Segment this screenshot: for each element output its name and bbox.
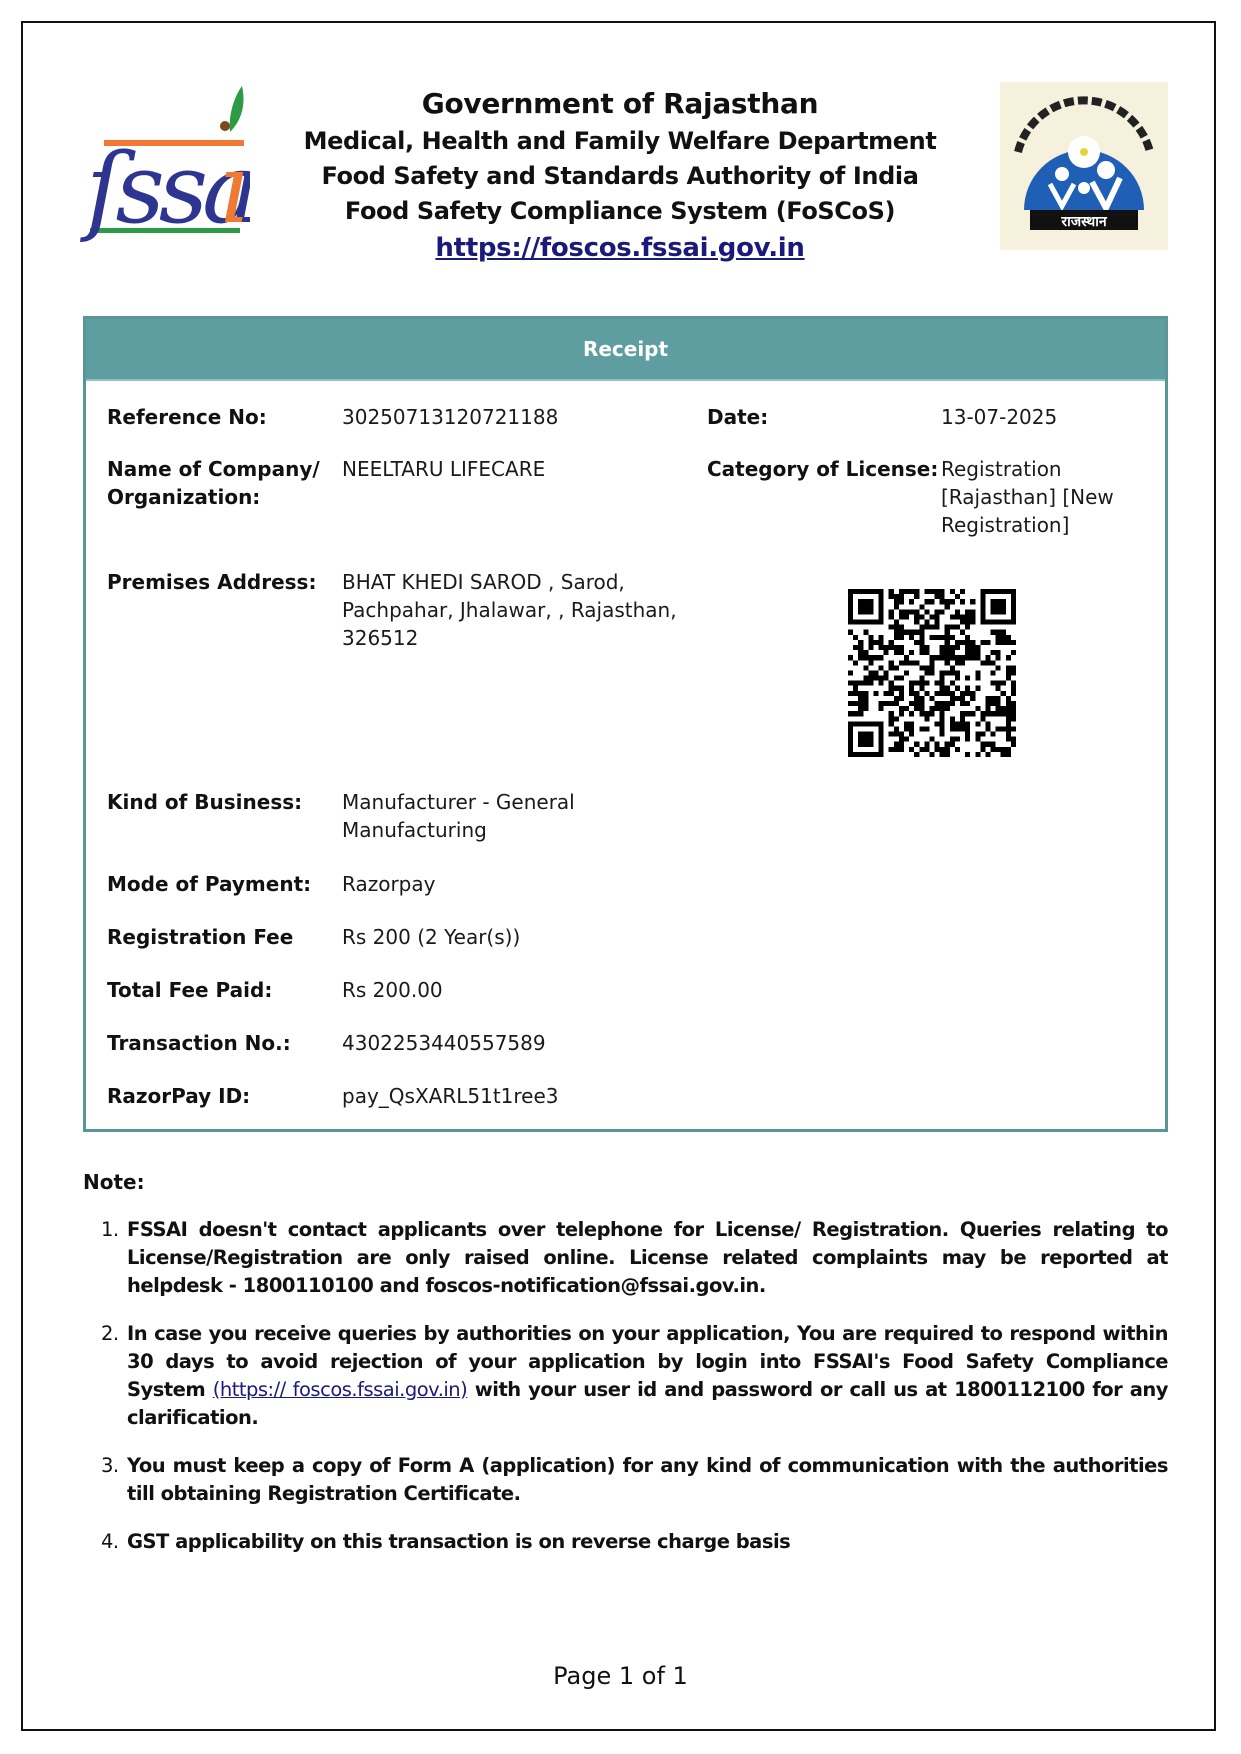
date-label: Date: <box>707 403 768 431</box>
rajasthan-health-dept-logo: राजस्थान <box>1000 82 1168 250</box>
svg-text:ı: ı <box>218 133 249 245</box>
razorpay-id-label: RazorPay ID: <box>107 1082 250 1110</box>
document-header: Government of Rajasthan Medical, Health … <box>300 84 940 267</box>
header-system: Food Safety Compliance System (FoSCoS) <box>300 194 940 229</box>
qr-code-icon <box>848 589 1016 757</box>
transaction-no-label: Transaction No.: <box>107 1029 291 1057</box>
header-website-link[interactable]: https://foscos.fssai.gov.in <box>300 229 940 267</box>
header-authority: Food Safety and Standards Authority of I… <box>300 159 940 194</box>
address-value: BHAT KHEDI SAROD , Sarod, Pachpahar, Jha… <box>342 568 677 652</box>
company-label: Name of Company/ Organization: <box>107 455 327 511</box>
note-item: 2. In case you receive queries by author… <box>83 1320 1168 1432</box>
category-value: Registration [Rajasthan] [New Registrati… <box>941 455 1131 539</box>
category-label: Category of License: <box>707 455 938 483</box>
note-item: 1. FSSAI doesn't contact applicants over… <box>83 1216 1168 1300</box>
header-department: Medical, Health and Family Welfare Depar… <box>300 124 940 159</box>
business-label: Kind of Business: <box>107 788 302 816</box>
receipt-title: Receipt <box>86 319 1165 381</box>
total-fee-value: Rs 200.00 <box>342 976 443 1004</box>
payment-mode-label: Mode of Payment: <box>107 870 311 898</box>
business-value: Manufacturer - General Manufacturing <box>342 788 602 844</box>
registration-fee-value: Rs 200 (2 Year(s)) <box>342 923 520 951</box>
reference-no-label: Reference No: <box>107 403 267 431</box>
note-item: 4. GST applicability on this transaction… <box>83 1528 1168 1556</box>
fssai-logo: ſssa ı <box>80 82 250 252</box>
total-fee-label: Total Fee Paid: <box>107 976 272 1004</box>
header-title: Government of Rajasthan <box>300 84 940 124</box>
address-label: Premises Address: <box>107 568 316 596</box>
date-value: 13-07-2025 <box>941 403 1057 431</box>
payment-mode-value: Razorpay <box>342 870 435 898</box>
notes-list: 1. FSSAI doesn't contact applicants over… <box>83 1216 1168 1576</box>
rajasthan-emblem-icon: राजस्थान <box>1000 82 1168 250</box>
receipt-table: Receipt Reference No: 30250713120721188 … <box>83 316 1168 1132</box>
note-item: 3. You must keep a copy of Form A (appli… <box>83 1452 1168 1508</box>
svg-text:राजस्थान: राजस्थान <box>1060 214 1107 230</box>
foscos-link[interactable]: (https:// foscos.fssai.gov.in) <box>213 1378 468 1401</box>
reference-no-value: 30250713120721188 <box>342 403 558 431</box>
company-value: NEELTARU LIFECARE <box>342 455 545 483</box>
registration-fee-label: Registration Fee <box>107 923 293 951</box>
razorpay-id-value: pay_QsXARL51t1ree3 <box>342 1082 559 1110</box>
page-number: Page 1 of 1 <box>0 1662 1241 1690</box>
transaction-no-value: 4302253440557589 <box>342 1029 546 1057</box>
notes-title: Note: <box>83 1170 145 1194</box>
